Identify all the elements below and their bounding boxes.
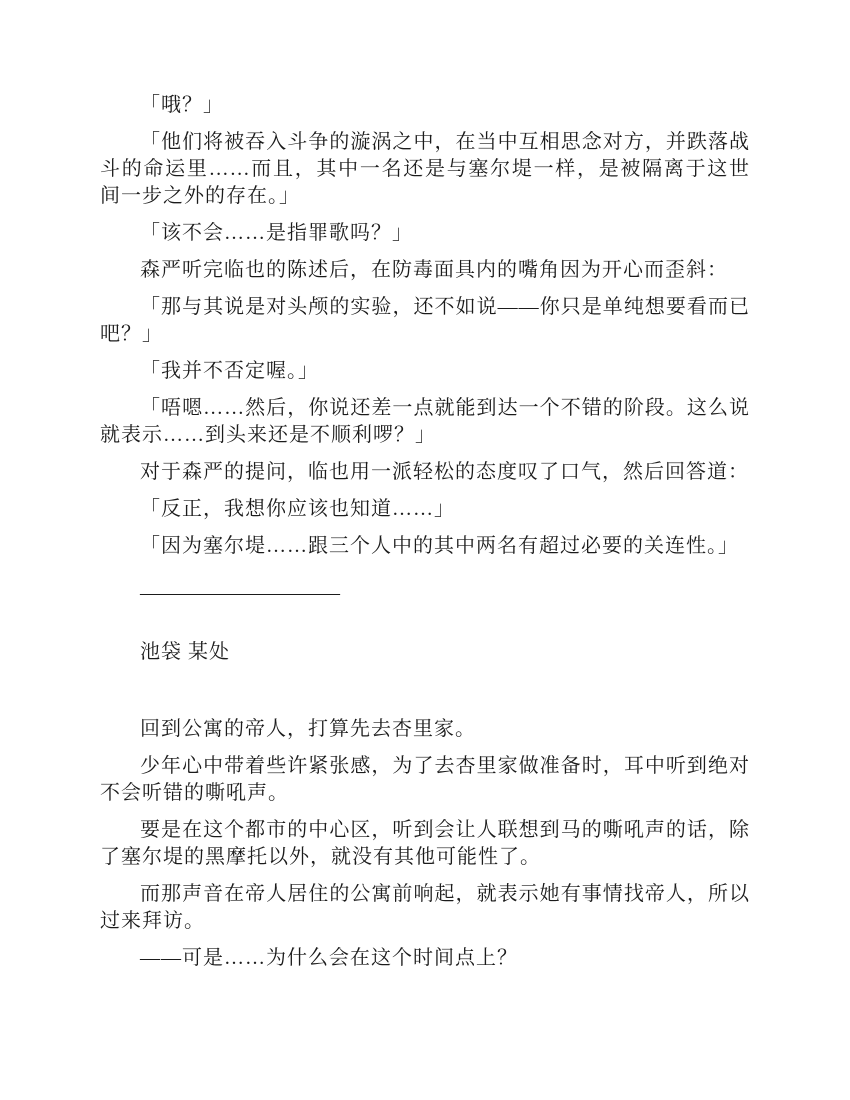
narration-paragraph: 回到公寓的帝人，打算先去杏里家。 (100, 716, 750, 743)
narration-paragraph: 而那声音在帝人居住的公寓前响起，就表示她有事情找帝人，所以过来拜访。 (100, 881, 750, 935)
narration-paragraph: 要是在这个都市的中心区，听到会让人联想到马的嘶吼声的话，除了塞尔堤的黑摩托以外，… (100, 817, 750, 871)
narration-paragraph: 森严听完临也的陈述后，在防毒面具内的嘴角因为开心而歪斜： (100, 257, 750, 284)
dialogue-paragraph: 「唔嗯……然后，你说还差一点就能到达一个不错的阶段。这么说就表示……到头来还是不… (100, 395, 750, 449)
narration-paragraph: 对于森严的提问，临也用一派轻松的态度叹了口气，然后回答道： (100, 459, 750, 486)
dialogue-paragraph: 「反正，我想你应该也知道……」 (100, 496, 750, 523)
scene-location-label: 池袋 某处 (100, 639, 750, 666)
dialogue-paragraph: 「该不会……是指罪歌吗？」 (100, 220, 750, 247)
dialogue-paragraph: 「他们将被吞入斗争的漩涡之中，在当中互相思念对方，并跌落战斗的命运里……而且，其… (100, 129, 750, 210)
dialogue-paragraph: 「哦？」 (100, 92, 750, 119)
narration-paragraph: 少年心中带着些许紧张感，为了去杏里家做准备时，耳中听到绝对不会听错的嘶吼声。 (100, 753, 750, 807)
thought-paragraph: ——可是……为什么会在这个时间点上？ (100, 945, 750, 972)
dialogue-paragraph: 「我并不否定喔。」 (100, 358, 750, 385)
scene-break-divider: —————————— (100, 580, 750, 607)
dialogue-paragraph: 「因为塞尔堤……跟三个人中的其中两名有超过必要的关连性。」 (100, 533, 750, 560)
dialogue-paragraph: 「那与其说是对头颅的实验，还不如说——你只是单纯想要看而已吧？」 (100, 294, 750, 348)
novel-page: 「哦？」 「他们将被吞入斗争的漩涡之中，在当中互相思念对方，并跌落战斗的命运里…… (0, 0, 850, 1100)
